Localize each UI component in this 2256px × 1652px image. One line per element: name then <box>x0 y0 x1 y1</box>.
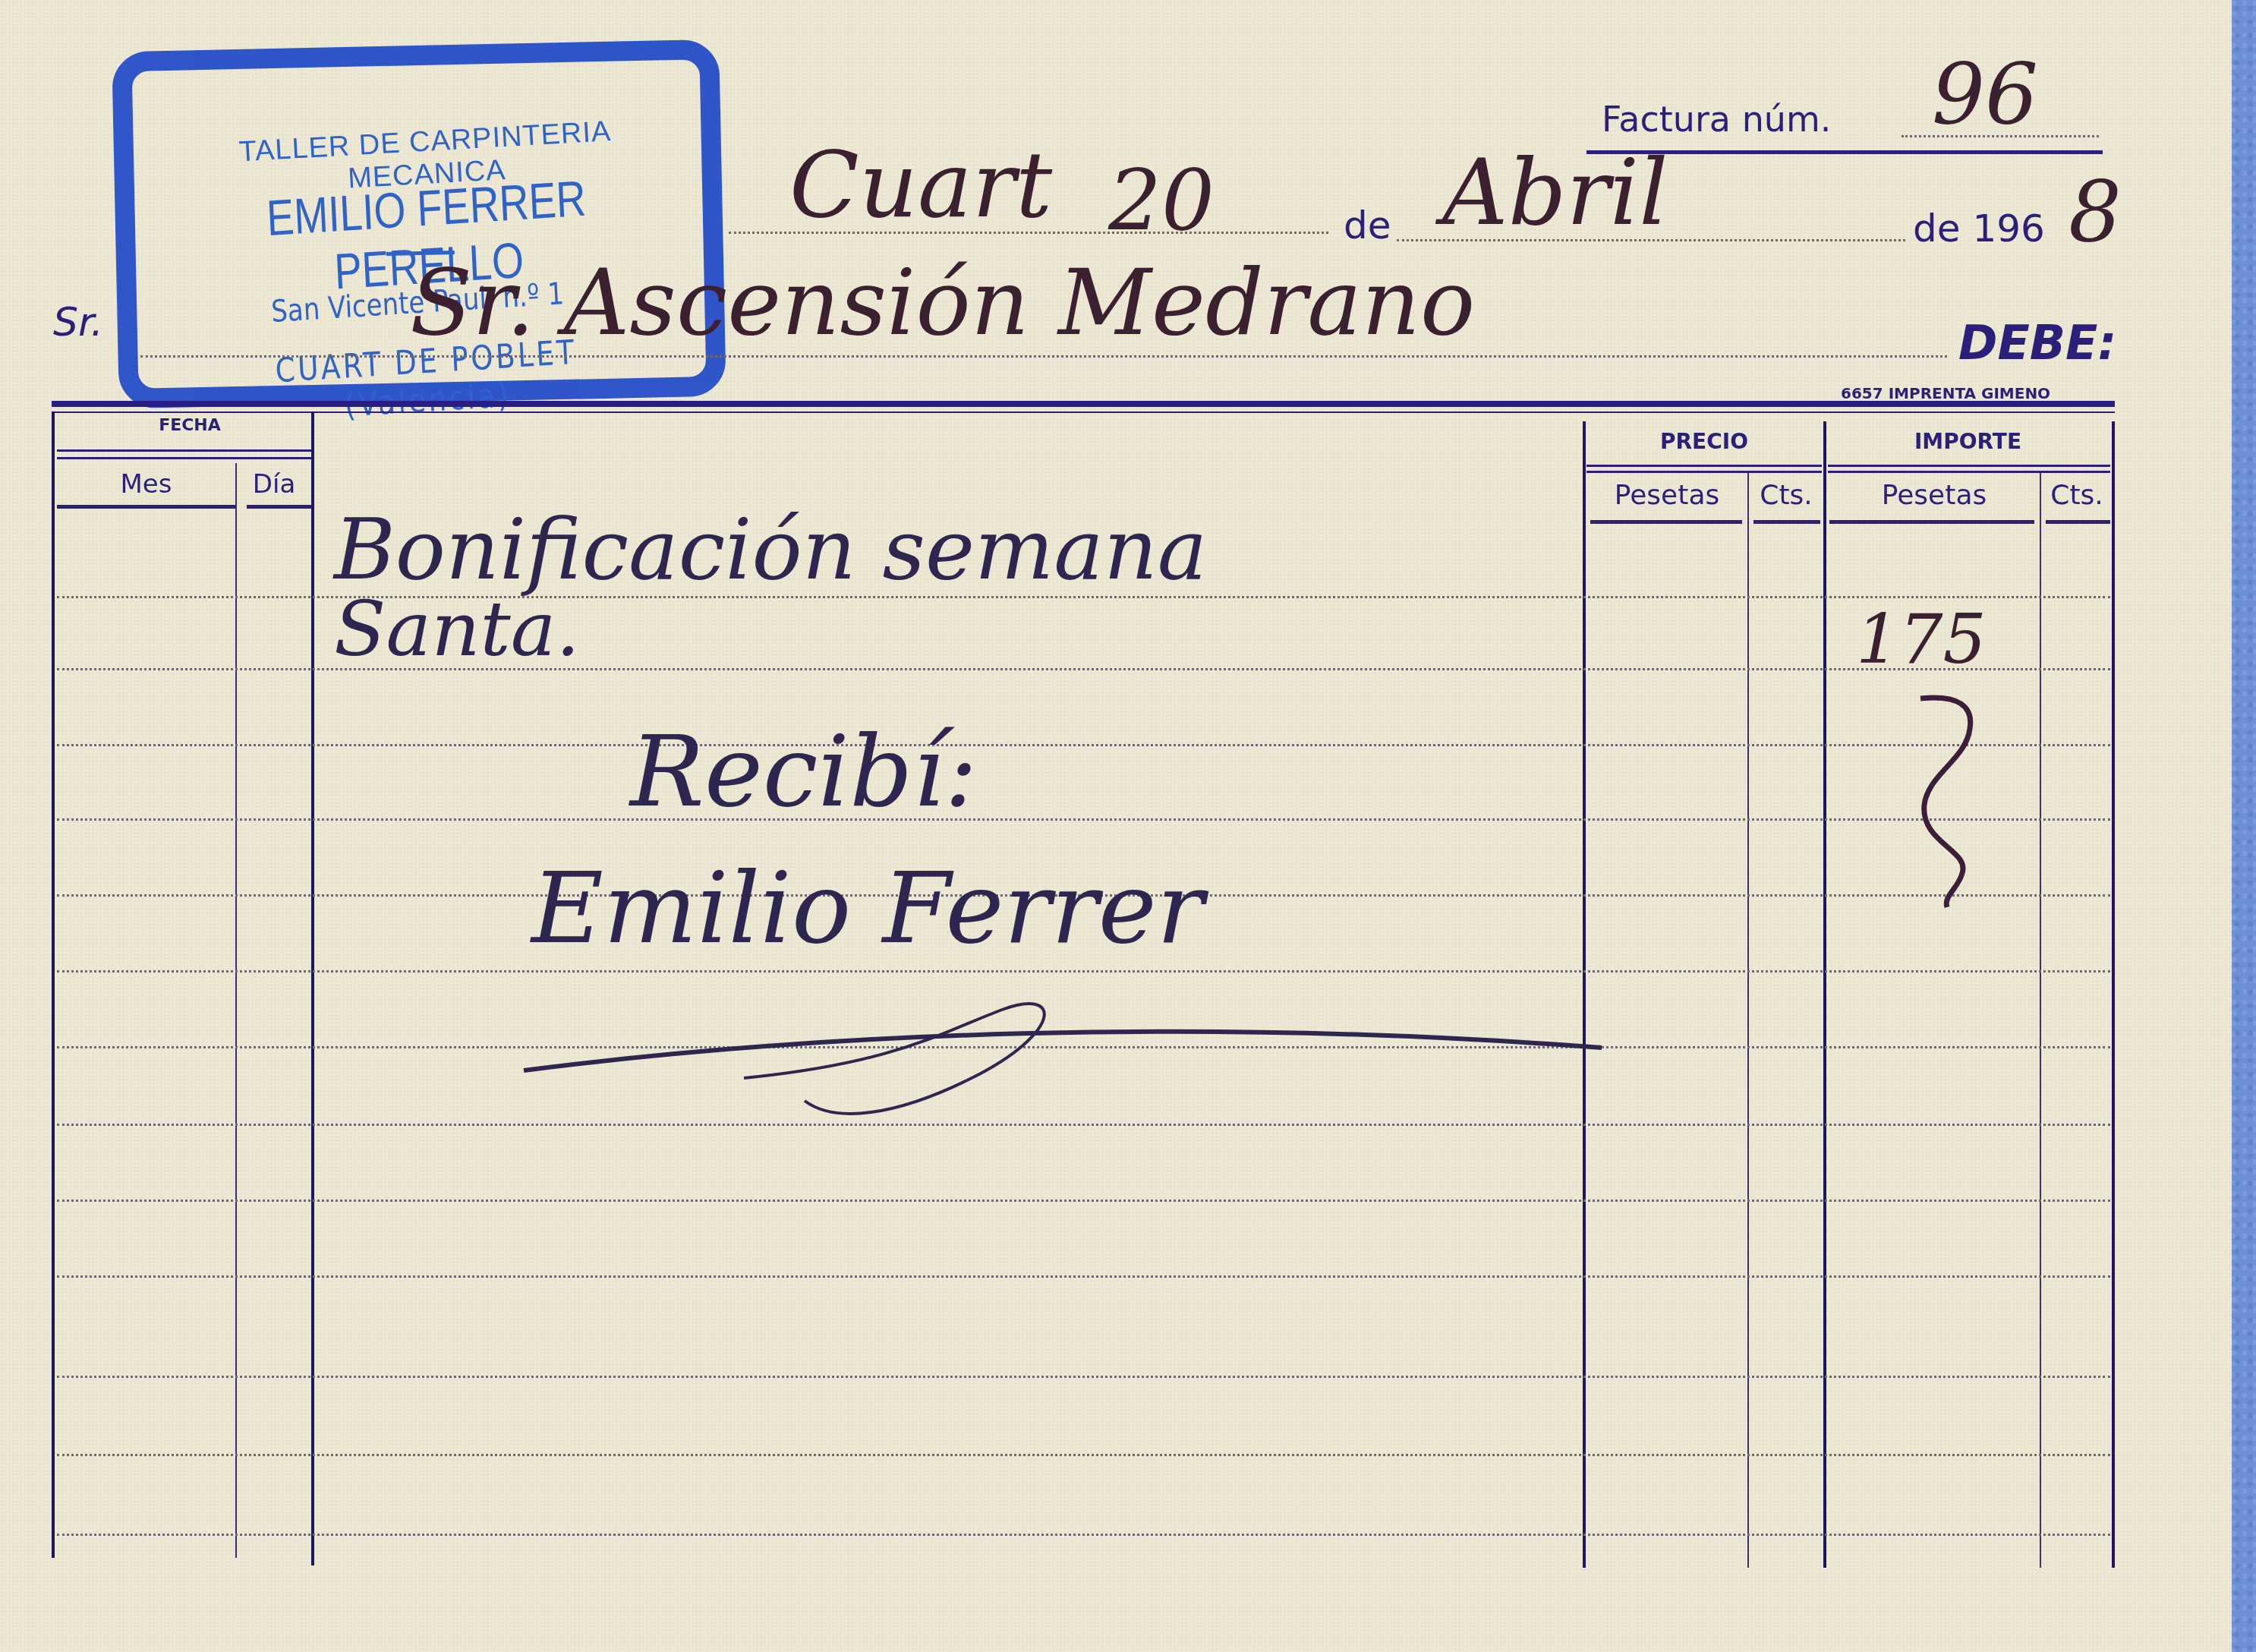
month-handwritten: Abril <box>1442 140 1668 246</box>
dia-header: Día <box>237 469 311 500</box>
importe-header: IMPORTE <box>1826 429 2110 454</box>
mes-header: Mes <box>57 469 235 500</box>
closing-squiggle <box>1898 691 1989 911</box>
col-line-precio-cts <box>1747 471 1749 1568</box>
importe-cts-header: Cts. <box>2042 480 2112 511</box>
table-top-rule <box>52 401 2115 407</box>
mes-underline <box>57 505 235 509</box>
invoice-number-value: 96 <box>1932 46 2038 143</box>
invoice-number-label: Factura núm. <box>1602 99 1831 140</box>
place-dotline <box>729 232 1328 234</box>
table-row <box>57 1275 2110 1278</box>
precio-cts-header: Cts. <box>1749 480 1823 511</box>
sr-label: Sr. <box>53 300 103 345</box>
debe-label: DEBE: <box>1958 315 2116 370</box>
place-handwritten: Cuart <box>789 133 1052 238</box>
precio-cts-underline <box>1753 520 1820 524</box>
table-row <box>57 970 2110 973</box>
importe-cts-underline <box>2046 520 2110 524</box>
importe-pesetas-header: Pesetas <box>1828 480 2040 511</box>
precio-pesetas-header: Pesetas <box>1586 480 1747 511</box>
fecha-double-rule-2 <box>57 457 311 459</box>
col-line-fecha-right <box>311 411 314 1565</box>
precio-pesetas-underline <box>1590 520 1742 524</box>
month-dotline <box>1397 239 1905 241</box>
importe-amount: 175 <box>1856 600 1987 679</box>
table-row <box>57 1200 2110 1202</box>
table-row <box>57 818 2110 821</box>
precio-double-rule-2 <box>1586 471 1822 473</box>
precio-double-rule-1 <box>1586 465 1822 467</box>
day-handwritten: 20 <box>1108 152 1215 249</box>
col-line-right <box>2112 421 2115 1568</box>
table-row <box>57 1534 2110 1536</box>
concept-line-2: Santa. <box>334 585 580 673</box>
table-top-rule-thin <box>52 411 2115 413</box>
year-label: de 196 <box>1913 206 2045 251</box>
col-line-left <box>52 411 55 1558</box>
customer-dotline <box>140 355 1947 358</box>
precio-header: PRECIO <box>1586 429 1822 454</box>
signature: Emilio Ferrer <box>531 850 1204 966</box>
year-suffix-handwritten: 8 <box>2069 163 2122 260</box>
table-row <box>57 1376 2110 1378</box>
importe-pesetas-underline <box>1829 520 2034 524</box>
col-line-importe-cts <box>2040 471 2041 1568</box>
col-line-mes-dia <box>235 463 237 1558</box>
customer-handwritten: Sr. Ascensión Medrano <box>410 251 1475 356</box>
table-row <box>57 744 2110 746</box>
table-row <box>57 1454 2110 1456</box>
concept-line-1: Bonificación semana <box>334 501 1207 598</box>
importe-double-rule-2 <box>1828 471 2110 473</box>
invoice-paper: TALLER DE CARPINTERIA MECANICA EMILIO FE… <box>0 0 2232 1652</box>
fecha-double-rule-1 <box>57 449 311 452</box>
importe-double-rule-1 <box>1828 465 2110 467</box>
printer-credit: 6657 IMPRENTA GIMENO <box>1841 384 2050 402</box>
received-text: Recibí: <box>630 714 978 829</box>
signature-flourish <box>516 987 1617 1139</box>
de-label: de <box>1344 203 1391 247</box>
col-line-importe-left <box>1823 421 1826 1568</box>
dia-underline <box>247 505 311 509</box>
fecha-header: FECHA <box>114 416 266 435</box>
